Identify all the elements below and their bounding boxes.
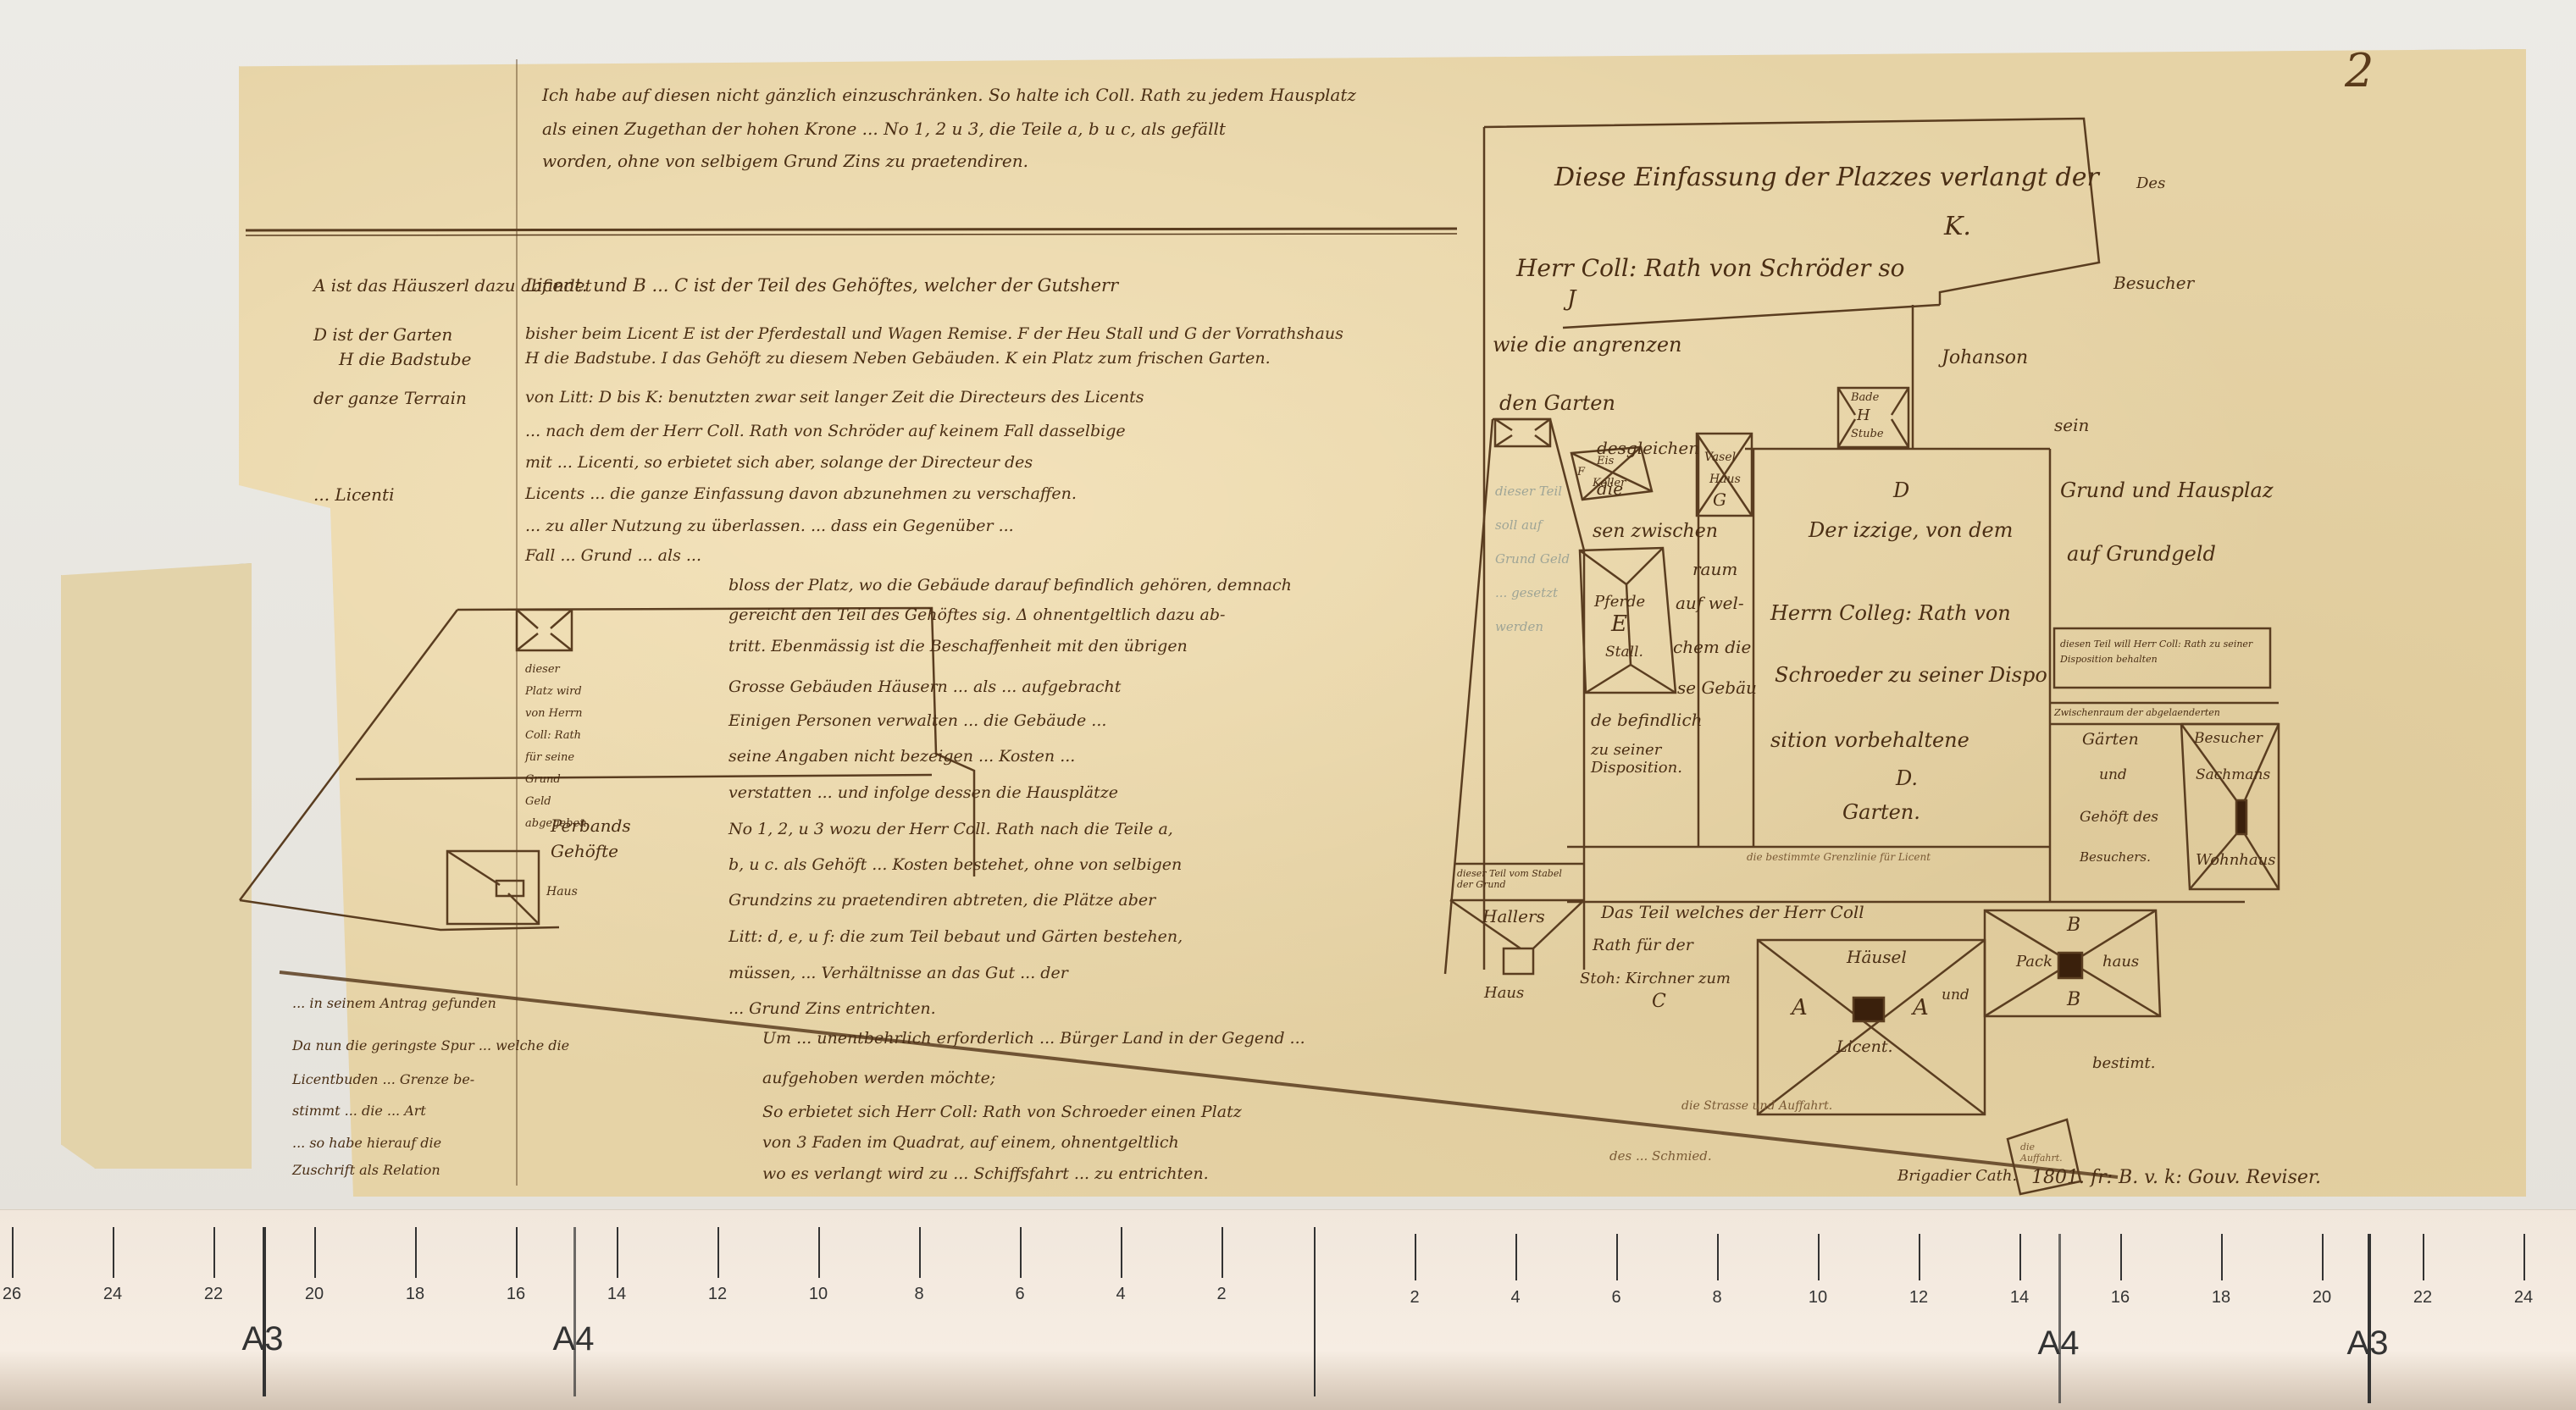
pencil-note: dieser Teil soll auf Grund Geld ... gese… xyxy=(1495,474,1576,644)
ruler-tick xyxy=(1222,1227,1223,1278)
auf-wel-label: auf wel- xyxy=(1676,593,1744,613)
text-line: H die Badstube. I das Gehöft zu diesem N… xyxy=(525,349,1271,368)
raum-label: raum xyxy=(1692,559,1737,579)
ruler-zero-line xyxy=(1314,1227,1316,1396)
ruler-tick xyxy=(1415,1234,1416,1280)
text-line: aufgehoben werden möchte; xyxy=(762,1069,995,1087)
packhaus-left: Pack xyxy=(2016,953,2052,970)
ruler-tick xyxy=(818,1227,820,1278)
ruler-number: 16 xyxy=(507,1285,525,1304)
top-note-line: Ich habe auf diesen nicht gänzlich einzu… xyxy=(542,85,1356,105)
haeusel-left-mark: A xyxy=(1792,995,1808,1020)
badestube-mark: H xyxy=(1857,406,1870,424)
ruler-tick xyxy=(1616,1234,1618,1280)
text-line: des ... Schmied. xyxy=(1609,1148,1712,1164)
das-teil-mark: C xyxy=(1652,991,1666,1012)
haller-bottom: Haus xyxy=(1484,984,1524,1002)
note-line: ... in seinem Antrag gefunden xyxy=(292,995,496,1011)
befindlich-label: de befindlich xyxy=(1591,710,1703,730)
note-line: ... so habe hierauf die xyxy=(292,1135,441,1151)
gebau-label: se Gebäu xyxy=(1677,677,1757,698)
ruler-tick xyxy=(617,1227,618,1278)
text-line: b, u c. als Gehöft ... Kosten bestehet, … xyxy=(728,855,1182,874)
vasel-mark: G xyxy=(1713,489,1726,510)
right-garden-line: Gärten xyxy=(2082,730,2139,749)
pferde-top: Pferde xyxy=(1594,593,1645,611)
center-mark-top: D xyxy=(1893,478,1909,502)
desgleichen-label: desgleichen die xyxy=(1597,428,1698,509)
margin-label: ... Licenti xyxy=(313,484,394,505)
ruler-number: 18 xyxy=(2212,1288,2230,1308)
keller-label: Keller xyxy=(1593,477,1626,489)
pferde-mark: E xyxy=(1611,611,1627,637)
ruler-number: 10 xyxy=(809,1285,828,1304)
ruler-tick xyxy=(2019,1234,2021,1280)
margin-label: H die Badstube xyxy=(339,349,471,369)
packhaus-bottom-mark: B xyxy=(2067,989,2080,1010)
aufzahrt-label: die Auffahrt. xyxy=(2020,1142,2071,1164)
text-line: Um ... unentbehrlich erforderlich ... Bü… xyxy=(762,1029,1305,1048)
johanson-label: Johanson xyxy=(1942,347,2028,368)
grund-label: Grund und Hausplaz xyxy=(2060,478,2273,502)
a3-marker-line xyxy=(2368,1234,2371,1403)
ruler-tick xyxy=(113,1227,114,1278)
right-garden-line: und xyxy=(2099,766,2127,783)
text-line: bisher beim Licent E ist der Pferdestall… xyxy=(525,324,1343,343)
packhaus-top-mark: B xyxy=(2067,915,2080,936)
center-line: sition vorbehaltene xyxy=(1770,728,1969,752)
text-line: Grundzins zu praetendiren abtreten, die … xyxy=(728,891,1155,910)
measuring-ruler: 26 24 22 20 18 16 14 12 10 8 6 4 2 2 4 6… xyxy=(0,1209,2576,1410)
date-signature: 1801. fr: B. v. k: Gouv. Reviser. xyxy=(2031,1167,2321,1188)
ruler-number: 20 xyxy=(305,1285,324,1304)
haeusel-bottom: Licent. xyxy=(1836,1037,1893,1056)
ruler-tick xyxy=(1121,1227,1122,1278)
text-line: von Litt: D bis K: benutzten zwar seit l… xyxy=(525,388,1144,406)
right-garden-line: Besuchers. xyxy=(2080,849,2151,865)
owner-line: Herr Coll: Rath von Schröder so xyxy=(1516,254,1905,282)
center-mark-bottom: D. xyxy=(1896,766,1918,790)
ruler-number: 14 xyxy=(2010,1288,2029,1308)
right-garden-line: Gehöft des xyxy=(2080,809,2158,826)
pferde-bottom: Stall. xyxy=(1605,644,1643,661)
zwischen-label: sen zwischen xyxy=(1593,521,1718,542)
neighbor-line: wie die angrenzen xyxy=(1493,333,1682,357)
packhaus-note: bestimt. xyxy=(2092,1054,2155,1072)
top-note-line: worden, ohne von selbigem Grund Zins zu … xyxy=(542,151,1028,171)
haeusel-right-mark: A xyxy=(1913,995,1929,1020)
margin-label: der ganze Terrain xyxy=(313,388,467,408)
text-line: ... nach dem der Herr Coll. Rath von Sch… xyxy=(525,422,1126,440)
keller-top: Eis xyxy=(1597,455,1614,467)
ruler-tick xyxy=(1020,1227,1022,1278)
margin-label: D ist der Garten xyxy=(313,324,452,345)
text-line: seine Angaben nicht bezeigen ... Kosten … xyxy=(728,747,1075,766)
text-line: Litt: d, e, u f: die zum Teil bebaut und… xyxy=(728,927,1183,946)
ruler-tick xyxy=(1818,1234,1820,1280)
ruler-number: 20 xyxy=(2313,1288,2331,1308)
das-teil-line: Stoh: Kirchner zum xyxy=(1580,970,1731,987)
a4-marker-line xyxy=(2058,1234,2061,1403)
ruler-tick xyxy=(717,1227,719,1278)
ruler-tick xyxy=(213,1227,215,1278)
format-label-a3: A3 xyxy=(242,1320,284,1358)
ruler-number: 14 xyxy=(607,1285,626,1304)
text-line: So erbietet sich Herr Coll: Rath von Sch… xyxy=(762,1103,1242,1121)
format-label-a4: A4 xyxy=(2038,1324,2080,1363)
center-line: Der izzige, von dem xyxy=(1809,518,2013,542)
ruler-tick xyxy=(415,1227,417,1278)
plan-drawing xyxy=(0,0,2576,1410)
text-line: Fall ... Grund ... als ... xyxy=(525,546,701,565)
ruler-number: 10 xyxy=(1809,1288,1827,1308)
text-line: ... Grund Zins entrichten. xyxy=(728,999,936,1018)
besucher-house-middle: Sachmans xyxy=(2196,766,2270,783)
besucher-house-top: Besucher xyxy=(2194,730,2263,747)
text-line: wo es verlangt wird zu ... Schiffsfahrt … xyxy=(762,1164,1209,1183)
text-line: gereicht den Teil des Gehöftes sig. Δ oh… xyxy=(728,605,1225,624)
text-line: Grosse Gebäuden Häusern ... als ... aufg… xyxy=(728,677,1121,696)
das-teil-line: Das Teil welches der Herr Coll xyxy=(1601,902,1864,922)
owner-mark: J xyxy=(1567,286,1576,312)
grundgeld-label: auf Grundgeld xyxy=(2067,542,2216,566)
ruler-number: 12 xyxy=(708,1285,727,1304)
ruler-tick xyxy=(2221,1234,2223,1280)
note-line: Da nun die geringste Spur ... welche die xyxy=(292,1037,569,1053)
ruler-tick xyxy=(516,1227,518,1278)
center-line: Herrn Colleg: Rath von xyxy=(1770,601,2011,625)
vasel-middle: Haus xyxy=(1709,473,1741,486)
format-label-a3: A3 xyxy=(2347,1324,2389,1363)
keller-mark: F xyxy=(1577,466,1585,478)
chem-die-label: chem die xyxy=(1673,637,1751,657)
note-line: stimmt ... die ... Art xyxy=(292,1103,426,1119)
a3-marker-line xyxy=(263,1227,266,1396)
besucher-label: Besucher xyxy=(2113,273,2194,293)
ruler-number: 6 xyxy=(1611,1288,1620,1308)
text-line: mit ... Licenti, so erbietet sich aber, … xyxy=(525,453,1033,472)
format-label-a4: A4 xyxy=(553,1320,595,1358)
perbands-label: Perbands Gehöfte xyxy=(551,813,610,864)
ruler-number: 2 xyxy=(1410,1288,1419,1308)
a4-marker-line xyxy=(573,1227,576,1396)
ruler-number: 12 xyxy=(1909,1288,1928,1308)
text-line: verstatten ... und infolge dessen die Ha… xyxy=(728,783,1118,802)
platz-note: dieser Platz wird von Herrn Coll: Rath f… xyxy=(525,659,589,835)
right-garden-separator: Zwischenraum der abgelaenderten xyxy=(2054,707,2220,718)
ruler-tick xyxy=(919,1227,921,1278)
ruler-tick xyxy=(2322,1234,2324,1280)
text-line: Einigen Personen verwalten ... die Gebäu… xyxy=(728,711,1106,730)
header-line: Licent. und B ... C ist der Teil des Geh… xyxy=(525,275,1118,296)
center-line: Garten. xyxy=(1842,800,1920,824)
ruler-tick xyxy=(2120,1234,2122,1280)
ruler-tick xyxy=(2523,1234,2525,1280)
das-teil-line: Rath für der xyxy=(1593,936,1693,954)
top-note-line: als einen Zugethan der hohen Krone ... N… xyxy=(542,119,1226,139)
badestube-bottom: Stube xyxy=(1851,428,1884,440)
ruler-tick xyxy=(314,1227,316,1278)
ruler-tick xyxy=(1919,1234,1920,1280)
ruler-number: 16 xyxy=(2111,1288,2130,1308)
ruler-number: 18 xyxy=(406,1285,424,1304)
ruler-tick xyxy=(1515,1234,1517,1280)
ruler-number: 4 xyxy=(1116,1285,1125,1304)
ruler-number: 22 xyxy=(204,1285,223,1304)
ruler-number: 22 xyxy=(2413,1288,2432,1308)
text-line: No 1, 2, u 3 wozu der Herr Coll. Rath na… xyxy=(728,820,1173,838)
haller-note: dieser Teil vom Stabel der Grund xyxy=(1457,868,1580,890)
haller-top: Hallers xyxy=(1482,906,1545,926)
text-line: tritt. Ebenmässig ist die Beschaffenheit… xyxy=(728,637,1188,655)
text-line: müssen, ... Verhältnisse an das Gut ... … xyxy=(728,964,1068,982)
garden-label: den Garten xyxy=(1499,391,1615,415)
besucher-house-bottom: Wohnhaus xyxy=(2196,851,2275,869)
text-line: ... zu aller Nutzung zu überlassen. ... … xyxy=(525,517,1014,535)
haus-label: Haus xyxy=(546,885,578,899)
sein-label: sein xyxy=(2054,415,2089,435)
text-line: bloss der Platz, wo die Gebäude darauf b… xyxy=(728,576,1292,594)
text-line: Licents ... die ganze Einfassung davon a… xyxy=(525,484,1077,503)
ruler-tick xyxy=(12,1227,14,1278)
disposition-label: zu seiner Disposition. xyxy=(1591,741,1718,777)
ruler-number: 2 xyxy=(1216,1285,1226,1304)
signature-left: Brigadier Cath. xyxy=(1897,1167,2017,1185)
text-line: von 3 Faden im Quadrat, auf einem, ohnen… xyxy=(762,1133,1179,1152)
strasse-label: die Strasse und Auffahrt. xyxy=(1681,1099,1832,1113)
badestube-top: Bade xyxy=(1851,391,1879,404)
des-label: Des xyxy=(2136,174,2165,192)
ruler-tick xyxy=(2423,1234,2424,1280)
plan-heading-mark: K. xyxy=(1944,212,1971,241)
right-garden-note: diesen Teil will Herr Coll: Rath zu sein… xyxy=(2060,637,2263,667)
haeusel-top: Häusel xyxy=(1847,947,1907,967)
grenz-note: die bestimmte Grenzlinie für Licent xyxy=(1747,851,1931,863)
ruler-number: 26 xyxy=(3,1285,21,1304)
ruler-number: 24 xyxy=(2514,1288,2533,1308)
center-line: Schroeder zu seiner Dispo xyxy=(1775,663,2047,687)
haeusel-und: und xyxy=(1942,987,1969,1004)
ruler-tick xyxy=(1717,1234,1719,1280)
ruler-number: 24 xyxy=(103,1285,122,1304)
ruler-number: 4 xyxy=(1510,1288,1520,1308)
packhaus-right: haus xyxy=(2102,953,2139,970)
note-line: Zuschrift als Relation xyxy=(292,1162,440,1178)
ruler-number: 8 xyxy=(914,1285,923,1304)
ruler-number: 6 xyxy=(1015,1285,1024,1304)
vasel-top: Vasel xyxy=(1704,451,1736,464)
plan-heading: Diese Einfassung der Plazzes verlangt de… xyxy=(1554,163,2099,192)
note-line: Licentbuden ... Grenze be- xyxy=(292,1071,474,1087)
ruler-number: 8 xyxy=(1712,1288,1721,1308)
